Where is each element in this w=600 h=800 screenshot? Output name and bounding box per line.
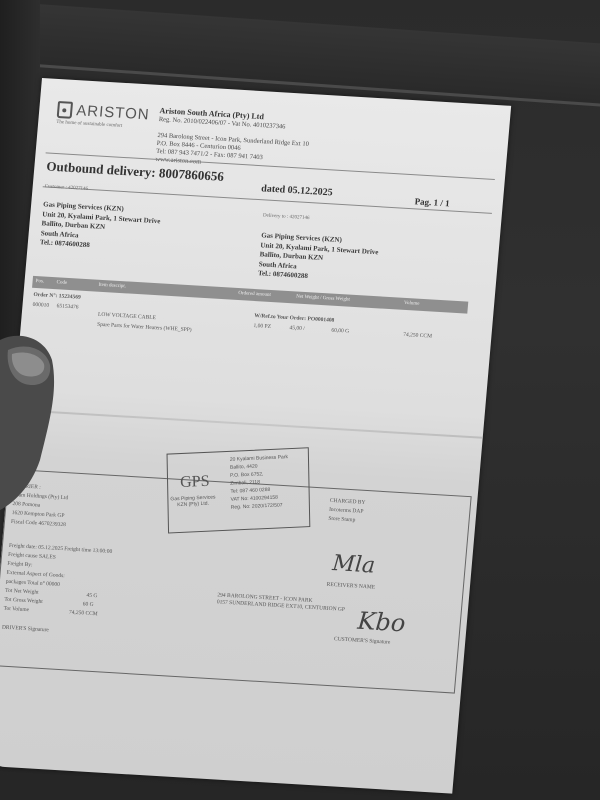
- row-ordered: 1,00 PZ: [253, 323, 271, 330]
- column-weight: Net Weight / Gross Weight: [296, 294, 350, 302]
- page-number: Pag. 1 / 1: [414, 196, 450, 208]
- customer-signature: Kbo: [356, 607, 406, 638]
- delivery-date: dated 05.12.2025: [261, 183, 333, 198]
- brand-name: ARISTON: [76, 102, 151, 123]
- delivery-address: Gas Piping Services (KZN) Unit 20, Kyala…: [258, 231, 380, 285]
- stamp-company-name: Gas Piping Services KZN (Pty) Ltd.: [170, 494, 215, 508]
- customer-address: Gas Piping Services (KZN) Unit 20, Kyala…: [39, 200, 161, 254]
- stamp-address-line: Reg. No: 2020/172/507: [231, 501, 289, 512]
- house-icon: [57, 101, 73, 119]
- driver-signature-label: DRIVER'S Signature: [1, 624, 105, 639]
- freight-block: Freight date: 05.12.2025 Freight time 13…: [1, 542, 112, 639]
- column-code: Code: [56, 280, 67, 286]
- receiver-name-label: RECEIVER'S NAME: [326, 581, 375, 593]
- hand-holding-paper: [0, 310, 70, 510]
- company-stamp: GPS Gas Piping Services KZN (Pty) Ltd. 2…: [167, 447, 311, 533]
- row-gross-weight: 60,00 G: [331, 328, 349, 335]
- row-sub-description: Spare Parts for Water Heaters (WHE_SPP): [97, 322, 192, 334]
- delivery-to-number: Delivery to : 42027146: [263, 213, 310, 221]
- column-pos: Pos.: [35, 279, 44, 284]
- customer-number: Customer : 42027146: [44, 184, 88, 192]
- column-volume: Volume: [404, 301, 420, 307]
- row-description: LOW VOLTAGE CABLE: [98, 312, 157, 321]
- gps-logo: GPS: [180, 473, 210, 492]
- items-table-header: Pos. Code Item descript. Ordered amount …: [32, 276, 468, 314]
- customer-signature-label: CUSTOMER'S Signature: [334, 635, 391, 647]
- carrier-line: Fiscal Code 4670239328: [11, 518, 67, 530]
- delivery-note: ARISTON The home of sustainable comfort …: [0, 78, 511, 794]
- order-number: Order N°: 15234569: [33, 292, 81, 301]
- charged-by-block: CHARGED BY Incoterms DAP Store Stamp: [328, 497, 366, 526]
- paper-fold: [13, 409, 482, 439]
- row-pos: 000010: [32, 302, 49, 309]
- return-address: 294 BAROLONG STREET - ICON PARK 0157 SUN…: [216, 592, 345, 614]
- stamp-name-line: KZN (Pty) Ltd.: [170, 500, 215, 508]
- row-net-weight: 45,00 /: [289, 325, 305, 332]
- column-ordered: Ordered amount: [238, 291, 271, 298]
- column-description: Item descript.: [98, 283, 126, 290]
- row-volume: 74,250 CCM: [403, 332, 432, 340]
- order-reference: W/Ref.to Your Order: PO0001408: [254, 313, 334, 324]
- stamp-address: 20 Kyalami Business Park Ballito, 4420 P…: [230, 453, 289, 511]
- receiver-signature: Mla: [331, 551, 376, 578]
